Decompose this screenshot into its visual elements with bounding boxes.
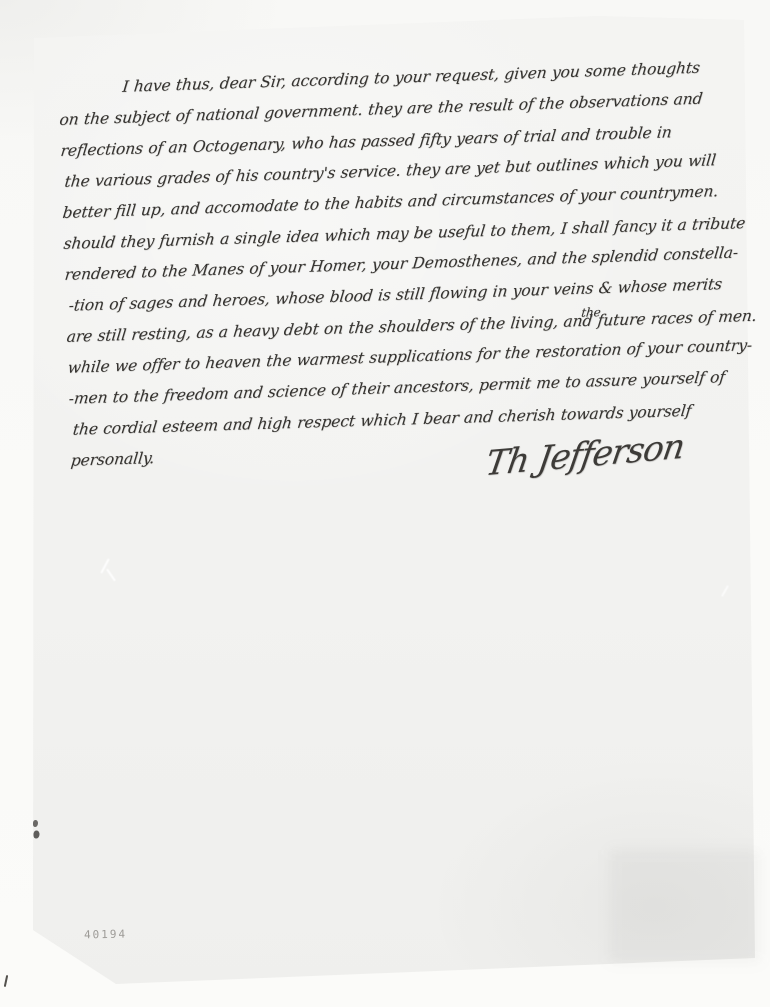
letter-body: I have thus, dear Sir, according to your… <box>58 51 770 477</box>
archive-number-stamp: 40194 <box>84 928 127 942</box>
scanned-letter-document: I have thus, dear Sir, according to your… <box>0 0 770 1007</box>
inserted-word: the <box>580 297 603 329</box>
scan-shadow <box>610 850 760 962</box>
